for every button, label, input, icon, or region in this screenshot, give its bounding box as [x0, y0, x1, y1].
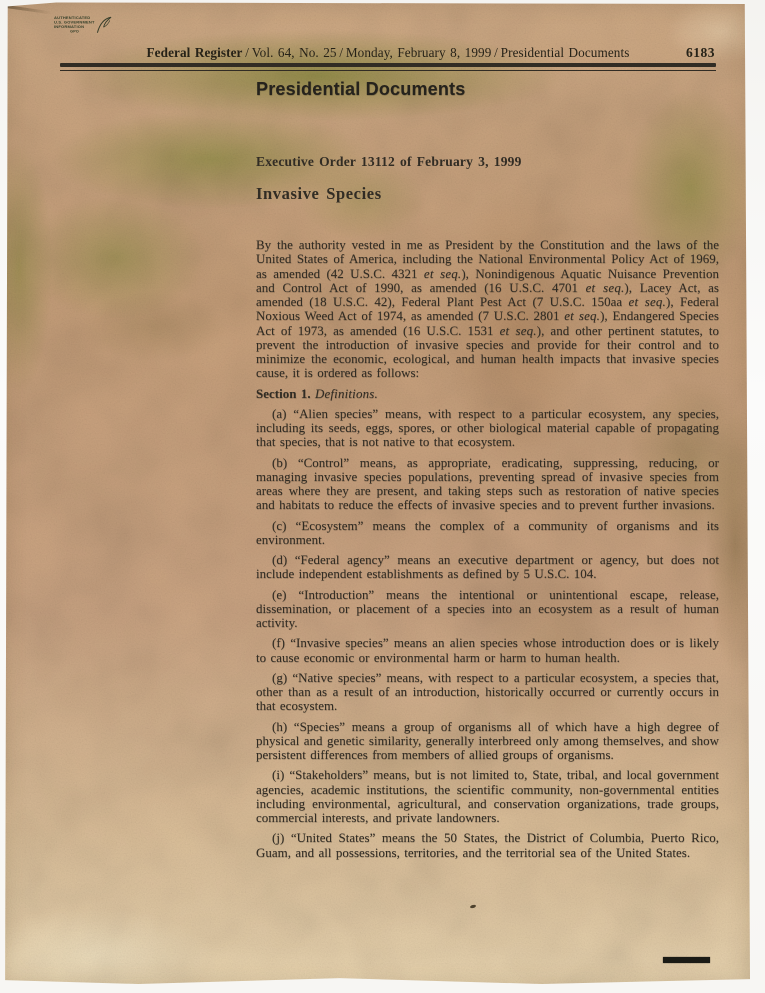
running-head: Federal Register / Vol. 64, No. 25 / Mon…: [60, 45, 716, 63]
executive-order: Executive Order 13112 of February 3, 199…: [256, 154, 719, 866]
gpo-eagle-icon: [96, 16, 112, 35]
header-rule-thin: [60, 70, 716, 71]
gpo-seal-abbr: GPO: [70, 30, 95, 34]
executive-order-number-heading: Executive Order 13112 of February 3, 199…: [256, 154, 719, 170]
order-paragraph: (i) “Stakeholders” means, but is not lim…: [256, 768, 719, 825]
order-paragraph: (e) “Introduction” means the intentional…: [256, 588, 719, 631]
executive-order-title: Invasive Species: [256, 184, 719, 204]
page-corner-edge: [6, 5, 52, 14]
scanner-background: AUTHENTICATED U.S. GOVERNMENT INFORMATIO…: [0, 0, 765, 993]
page-number: 6183: [686, 45, 715, 61]
page-content: AUTHENTICATED U.S. GOVERNMENT INFORMATIO…: [4, 2, 750, 985]
order-body: By the authority vested in me as Preside…: [256, 238, 719, 860]
order-paragraph: (b) “Control” means, as appropriate, era…: [256, 456, 719, 513]
order-paragraph: (h) “Species” means a group of organisms…: [256, 720, 719, 763]
order-paragraph: (a) “Alien species” means, with respect …: [256, 407, 719, 450]
section-heading-presidential-documents: Presidential Documents: [256, 79, 465, 100]
order-paragraph: (f) “Invasive species” means an alien sp…: [256, 636, 719, 665]
gpo-authentication-seal: AUTHENTICATED U.S. GOVERNMENT INFORMATIO…: [54, 16, 112, 35]
order-paragraph: (j) “United States” means the 50 States,…: [256, 831, 719, 860]
ink-speck: [470, 904, 477, 908]
gpo-seal-line: INFORMATION: [54, 25, 95, 29]
scanned-page: AUTHENTICATED U.S. GOVERNMENT INFORMATIO…: [4, 2, 750, 985]
order-paragraph: (g) “Native species” means, with respect…: [256, 671, 719, 714]
gpo-seal-text: AUTHENTICATED U.S. GOVERNMENT INFORMATIO…: [54, 16, 95, 35]
header-rule-thick: [60, 63, 716, 67]
federal-register-citation: Federal Register / Vol. 64, No. 25 / Mon…: [60, 45, 716, 61]
order-paragraph: Section 1. Definitions.: [256, 387, 719, 401]
order-paragraph: (d) “Federal agency” means an executive …: [256, 553, 719, 582]
registration-mark-bar: [663, 957, 710, 963]
order-paragraph: (c) “Ecosystem” means the complex of a c…: [256, 519, 719, 548]
order-paragraph: By the authority vested in me as Preside…: [256, 238, 719, 381]
